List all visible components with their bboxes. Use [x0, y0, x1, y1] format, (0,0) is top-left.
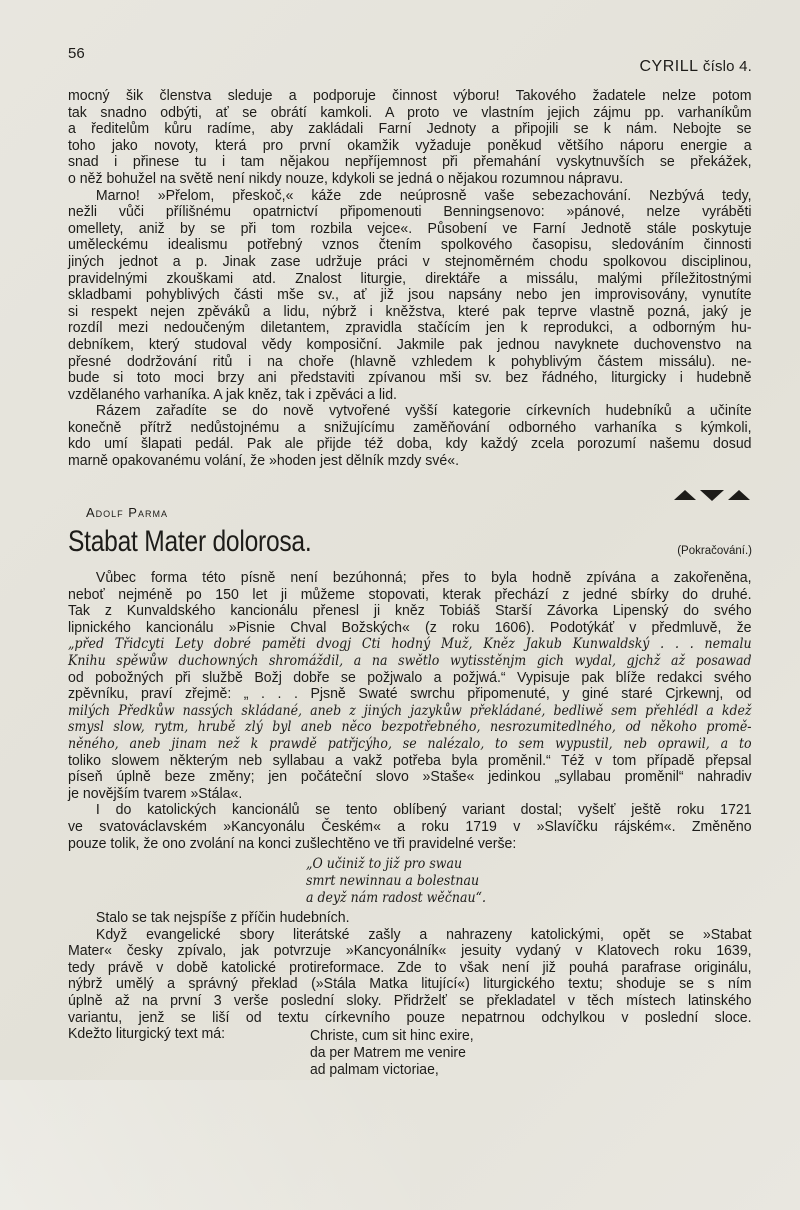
- running-head: CYRILL číslo 4.: [639, 58, 752, 76]
- text-line: přesné dodržování ritů i na choře (hlavn…: [68, 354, 752, 371]
- text-line: milých Předkůw nassých skládané, aneb z …: [68, 703, 752, 720]
- text-line: ve svatováclavském »Kancyonálu Českém« a…: [68, 819, 752, 836]
- verse-line: ad palmam victoriae,: [310, 1062, 474, 1079]
- issue-number: číslo 4.: [703, 58, 752, 75]
- verse-line: a deyž nám radost wěčnau“.: [306, 890, 486, 907]
- text-line: toho jako novoty, která pro první okamži…: [68, 138, 752, 155]
- text-line: píseň úplně beze změny; jen počáteční sl…: [68, 769, 752, 786]
- text-line: konečně přítrž nedůstojnému a snižujícím…: [68, 420, 752, 437]
- text-line: si respekt nejen zpěváků a lidu, nýbrž i…: [68, 304, 752, 321]
- text-line: nýbrž umělý a správný překlad (»Stála Ma…: [68, 976, 752, 993]
- latin-verse-quote: Christe, cum sit hinc exire,da per Matre…: [310, 1028, 474, 1078]
- text-line: I do katolických kancionálů se tento obl…: [68, 802, 752, 819]
- text-line: nežli vůči přílišnému opatrnictví připom…: [68, 204, 752, 221]
- verse-line: „O učiniž to již pro swau: [306, 856, 486, 873]
- text-line: omellety, aniž by se při tom rozbila vej…: [68, 221, 752, 238]
- text-line: mocný šik členstva sleduje a podporuje č…: [68, 88, 752, 105]
- text-line: Knihu spěwůw duchowných shromáždil, a na…: [68, 653, 752, 670]
- text-line: smysl slow, rytm, hrubě zlý byl aneb něc…: [68, 719, 752, 736]
- text-line: úplně až na první 3 verše poslední sloky…: [68, 993, 752, 1010]
- text-line: Mater« česky zpívalo, jak potvrzuje »Kan…: [68, 943, 752, 960]
- scan-lighting-shade: [0, 1080, 420, 1210]
- text-line: uměleckému idealismu potřebný vznos čten…: [68, 237, 752, 254]
- journal-title: CYRILL: [639, 58, 698, 75]
- text-line: „před Třidcyti Lety dobré paměti dvogj C…: [68, 636, 752, 653]
- text-line: skladbami pohyblivých části mše sv., ať …: [68, 287, 752, 304]
- text-line: a ředitelům kůru radíme, aby zakládali F…: [68, 121, 752, 138]
- text-line: Tak z Kunvaldského kancionálu přenesl ji…: [68, 603, 752, 620]
- text-line: vzdělaného varhaníka. A jak kněz, tak i …: [68, 387, 752, 404]
- text-line: Stalo se tak nejspíše z příčin hudebních…: [68, 910, 752, 927]
- text-line: snad i přinese tu i tam nějakou nepříjem…: [68, 154, 752, 171]
- text-line: je novějším tvarem »Stála«.: [68, 786, 752, 803]
- article-title: Stabat Mater dolorosa.: [68, 525, 311, 559]
- text-line: tedy právě v době katolické protireforma…: [68, 960, 752, 977]
- continued-note: (Pokračování.): [677, 545, 752, 557]
- text-line: kdo umí šlapati pedál. Pak ale přijde té…: [68, 436, 752, 453]
- text-line: zpěvníku, praví zřejmě: „ . . . Pjsně Sw…: [68, 686, 752, 703]
- text-line: bude si toto moci brzy ani představiti z…: [68, 370, 752, 387]
- article-body-part2: Stalo se tak nejspíše z příčin hudebních…: [68, 910, 752, 1043]
- article-body-part1: Vůbec forma této písně není bezúhonná; p…: [68, 570, 752, 852]
- text-line: marně opakovanému volání, že »hoden jest…: [68, 453, 752, 470]
- page-header: 56 CYRILL číslo 4.: [68, 45, 752, 75]
- verse-line: da per Matrem me venire: [310, 1045, 474, 1062]
- text-line: rozdíl mezi nedoučeným diletantem, zprav…: [68, 320, 752, 337]
- text-line: Když evangelické sbory literátské zašly …: [68, 927, 752, 944]
- verse-line: smrt newinnau a bolestnau: [306, 873, 486, 890]
- article-author: Adolf Parma: [86, 505, 168, 520]
- text-line: tak snadno odbýti, ať se obrátí kamkoli.…: [68, 105, 752, 122]
- page-number: 56: [68, 45, 85, 62]
- text-line: variantu, jenž se liší od textu církevní…: [68, 1010, 752, 1027]
- text-line: lipnického kancionálu »Pisnie Chval Božs…: [68, 620, 752, 637]
- verse-line: Christe, cum sit hinc exire,: [310, 1028, 474, 1045]
- text-line: Vůbec forma této písně není bezúhonná; p…: [68, 570, 752, 587]
- text-line: od pobožných při službě Božj dobře se po…: [68, 670, 752, 687]
- text-line: něného, aneb jinam než k prawdě patřjcýh…: [68, 736, 752, 753]
- text-line: Marno! »Přelom, přeskoč,« káže zde neúpr…: [68, 188, 752, 205]
- text-line: Rázem zařadíte se do nově vytvořené vyšš…: [68, 403, 752, 420]
- text-line: pouze tolik, že ono zvolání na konci zuš…: [68, 836, 752, 853]
- text-line: neboť nejméně po 150 let ji můžeme stopo…: [68, 587, 752, 604]
- text-line: pravidelnými zkouškami atd. Znalost litu…: [68, 271, 752, 288]
- article-continuation-text: mocný šik členstva sleduje a podporuje č…: [68, 88, 752, 470]
- text-line: o něž bohužel na světě není nikdy nouze,…: [68, 171, 752, 188]
- text-line: jiných jednot a p. Jinak zase udržuje pr…: [68, 254, 752, 271]
- czech-verse-quote: „O učiniž to již pro swausmrt newinnau a…: [306, 856, 486, 906]
- triangle-ornament-icon: [672, 488, 752, 502]
- text-line: toliko slowem některým neb syllabau a va…: [68, 753, 752, 770]
- text-line: debníkem, který studoval vědy komposiční…: [68, 337, 752, 354]
